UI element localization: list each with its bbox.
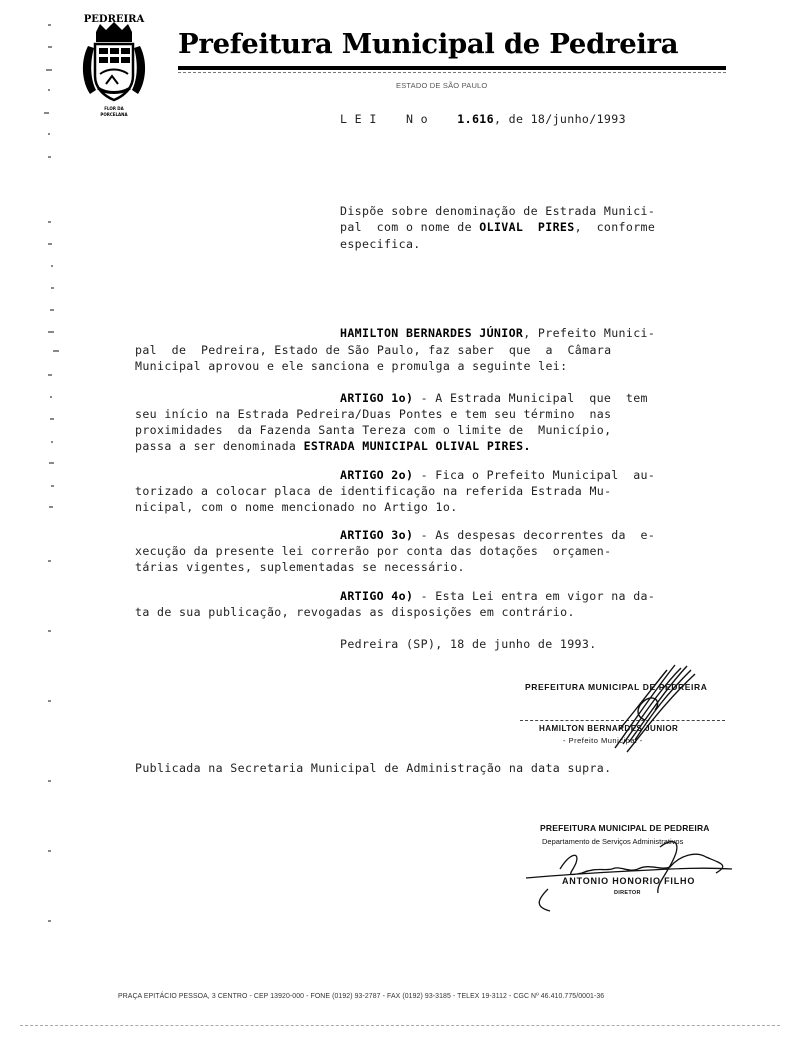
law-heading: L E I N o 1.616, de 18/junho/1993 — [340, 112, 626, 126]
road-name: ESTRADA MUNICIPAL OLIVAL PIRES. — [304, 439, 531, 453]
handwritten-signature-icon — [520, 833, 760, 913]
article-label: ARTIGO 3o) — [340, 528, 413, 542]
mayor-name: HAMILTON BERNARDES JÚNIOR — [340, 326, 523, 340]
header-divider — [178, 66, 726, 70]
place-and-date: Pedreira (SP), 18 de junho de 1993. — [340, 637, 597, 651]
document-letterhead-title: Prefeitura Municipal de Pedreira — [178, 28, 678, 60]
summary-line: especifica. — [340, 237, 421, 251]
svg-text:FLOR DA: FLOR DA — [104, 106, 124, 111]
article-label: ARTIGO 2o) — [340, 468, 413, 482]
state-subtitle: ESTADO DE SÃO PAULO — [396, 81, 487, 90]
handwritten-signature-icon — [605, 660, 705, 755]
footer-address: PRAÇA EPITÁCIO PESSOA, 3 CENTRO - CEP 13… — [118, 993, 604, 1000]
honoree-name: OLIVAL PIRES — [479, 220, 574, 234]
summary-line: Dispõe sobre denominação de Estrada Muni… — [340, 204, 655, 218]
coat-of-arms-icon: PEDREIRA FLOR DA PORCELANA — [78, 2, 150, 120]
summary-line: pal com o nome de OLIVAL PIRES, conforme — [340, 220, 655, 234]
footer-divider — [20, 1025, 780, 1026]
mayor-signature-block: PREFEITURA MUNICIPAL DE PEDREIRA HAMILTO… — [515, 660, 745, 755]
article-label: ARTIGO 1o) — [340, 391, 413, 405]
publication-note: Publicada na Secretaria Municipal de Adm… — [135, 761, 611, 775]
law-number: 1.616 — [457, 112, 494, 126]
article-label: ARTIGO 4o) — [340, 589, 413, 603]
law-heading-prefix: L E I N o — [340, 112, 428, 126]
header-divider-thin — [178, 72, 726, 73]
svg-text:PORCELANA: PORCELANA — [100, 112, 128, 117]
director-signature-block: PREFEITURA MUNICIPAL DE PEDREIRA Departa… — [520, 815, 760, 915]
law-date: , de 18/junho/1993 — [494, 112, 626, 126]
director-stamp-org: PREFEITURA MUNICIPAL DE PEDREIRA — [540, 823, 710, 833]
